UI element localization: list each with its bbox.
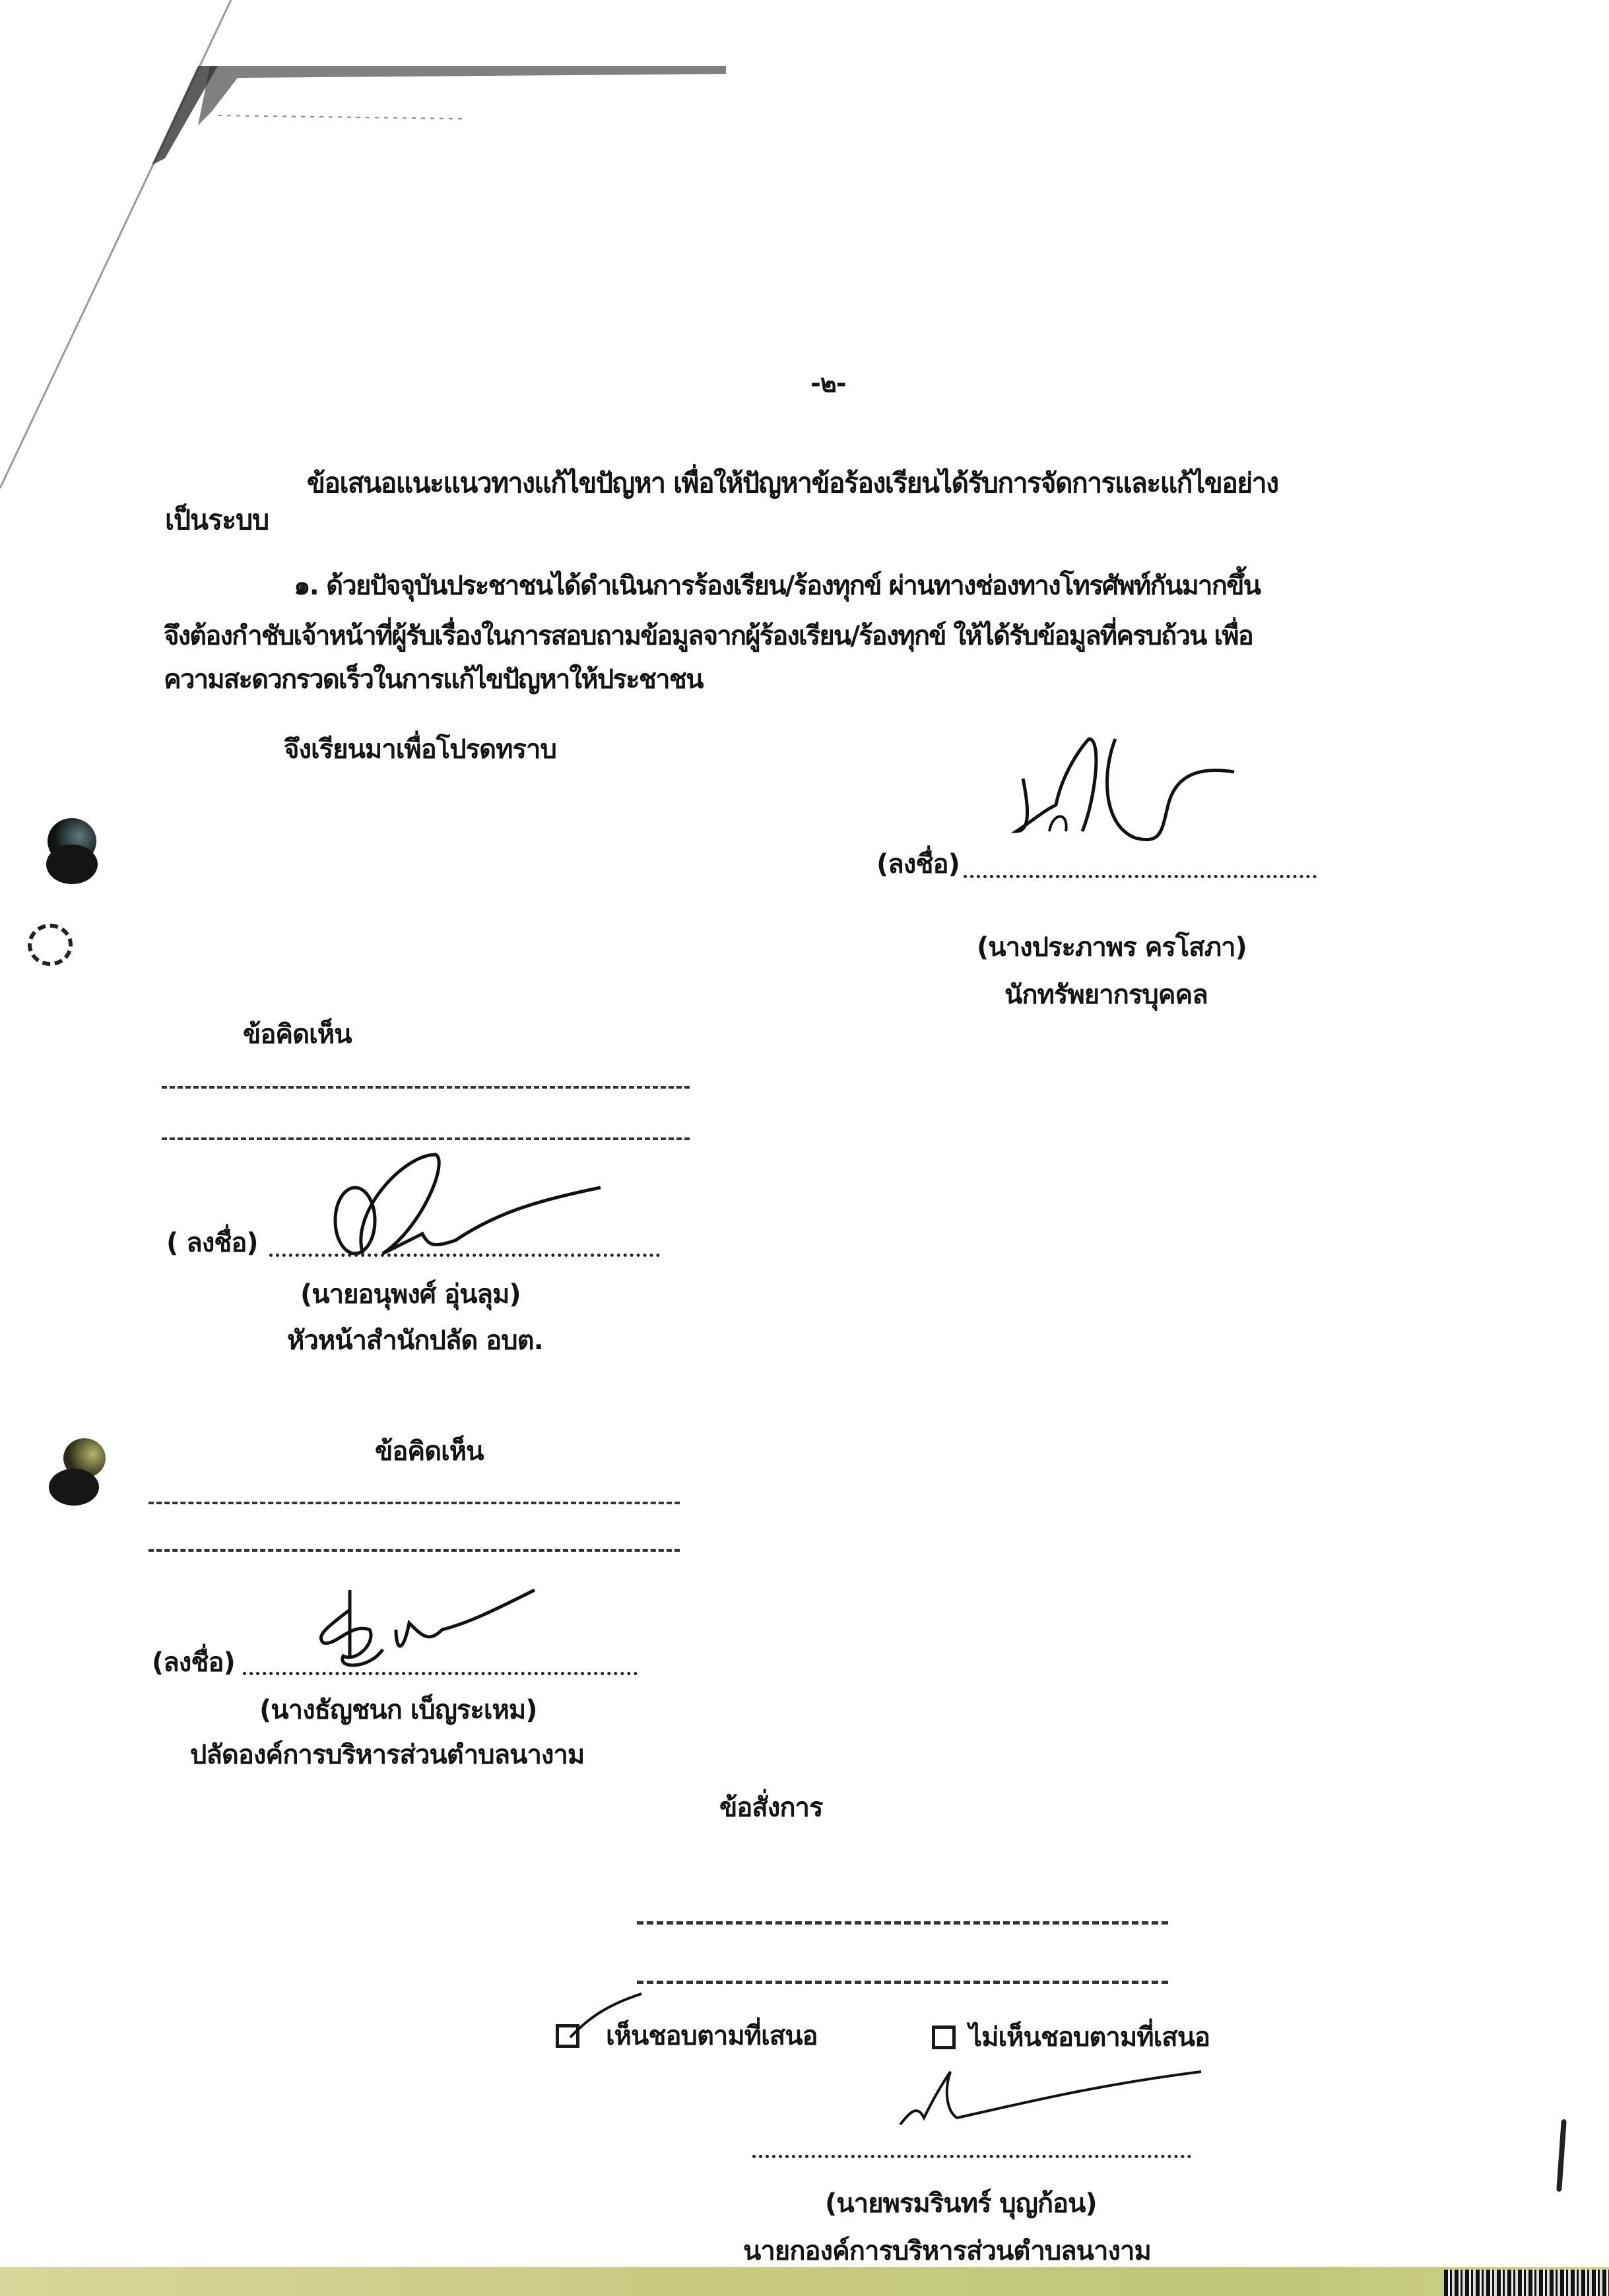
comment1-position: หัวหน้าสำนักปลัด อบต. (287, 1327, 543, 1354)
comment2-signature-line (243, 1672, 638, 1675)
order-signer-name: (นายพรมรินทร์ บุญก้อน) (825, 2190, 1097, 2217)
approve-checkbox[interactable] (556, 2024, 579, 2048)
signature-4 (898, 2065, 1208, 2131)
proposal-heading-line1: ข้อเสนอแนะแนวทางแก้ไขปัญหา เพื่อให้ปัญหา… (307, 470, 1278, 497)
comment1-line-2 (162, 1137, 690, 1140)
binder-hole-bottom-shadow (49, 1469, 99, 1506)
page-number: -๒- (810, 371, 846, 396)
comment2-sign-label: (ลงชื่อ) (152, 1649, 235, 1676)
signer1-name: (นางประภาพร ครโสภา) (977, 934, 1247, 961)
comment1-sign-label: ( ลงชื่อ) (166, 1230, 258, 1256)
scanned-document-page: -๒- ข้อเสนอแนะแนวทางแก้ไขปัญหา เพื่อให้ป… (0, 0, 1609, 2296)
underlying-paper-strip (0, 2267, 1609, 2296)
signer1-position: นักทรัพยากรบุคคล (1004, 982, 1208, 1008)
signature-2 (323, 1148, 614, 1267)
reject-option-label: ไม่เห็นชอบตามที่เสนอ (969, 2024, 1210, 2051)
comment1-name: (นายอนุพงศ์ อุ่นลุม) (300, 1281, 521, 1308)
proposal-heading-line2: เป็นระบบ (165, 507, 269, 534)
order-heading: ข้อสั่งการ (719, 1795, 822, 1821)
order-signature-line (752, 2155, 1191, 2158)
order-signer-position: นายกองค์การบริหารส่วนตำบลนางาม (743, 2238, 1151, 2264)
closing-text: จึงเรียนมาเพื่อโปรดทราบ (284, 736, 556, 763)
signature-3 (310, 1583, 548, 1676)
signature-1 (1003, 732, 1280, 851)
comment1-signature-line (269, 1254, 660, 1257)
proposal-item1-line2: จึงต้องกำชับเจ้าหน้าที่ผู้รับเรื่องในการ… (164, 623, 1253, 649)
page-fold-shadow (0, 0, 1609, 2296)
proposal-item1-line3: ความสะดวกรวดเร็วในการแก้ไขปัญหาให้ประชาช… (164, 666, 703, 693)
binder-hole-top-shadow (46, 845, 98, 884)
comment2-position: ปลัดองค์การบริหารส่วนตำบลนางาม (190, 1742, 584, 1768)
comment2-name: (นางธัญชนก เบ็ญระเหม) (259, 1697, 537, 1723)
order-line-2 (637, 1981, 1168, 1984)
barcode (1444, 2270, 1609, 2296)
signer1-signature-line (964, 875, 1317, 878)
order-line-1 (637, 1921, 1168, 1925)
reject-checkbox[interactable] (932, 2025, 956, 2049)
binder-hole-ring-mark (28, 924, 73, 966)
approve-option-label: เห็นชอบตามที่เสนอ (606, 2023, 818, 2049)
comment2-line-1 (148, 1502, 680, 1504)
stray-pen-mark (1556, 2119, 1567, 2192)
comment2-heading: ข้อคิดเห็น (375, 1438, 483, 1465)
comment2-line-2 (148, 1549, 680, 1552)
comment1-line-1 (162, 1086, 690, 1089)
proposal-item1-line1: ๑. ด้วยปัจจุบันประชาชนได้ดำเนินการร้องเร… (294, 573, 1260, 599)
signer1-sign-label: (ลงชื่อ) (876, 851, 960, 877)
comment1-heading: ข้อคิดเห็น (243, 1021, 351, 1048)
